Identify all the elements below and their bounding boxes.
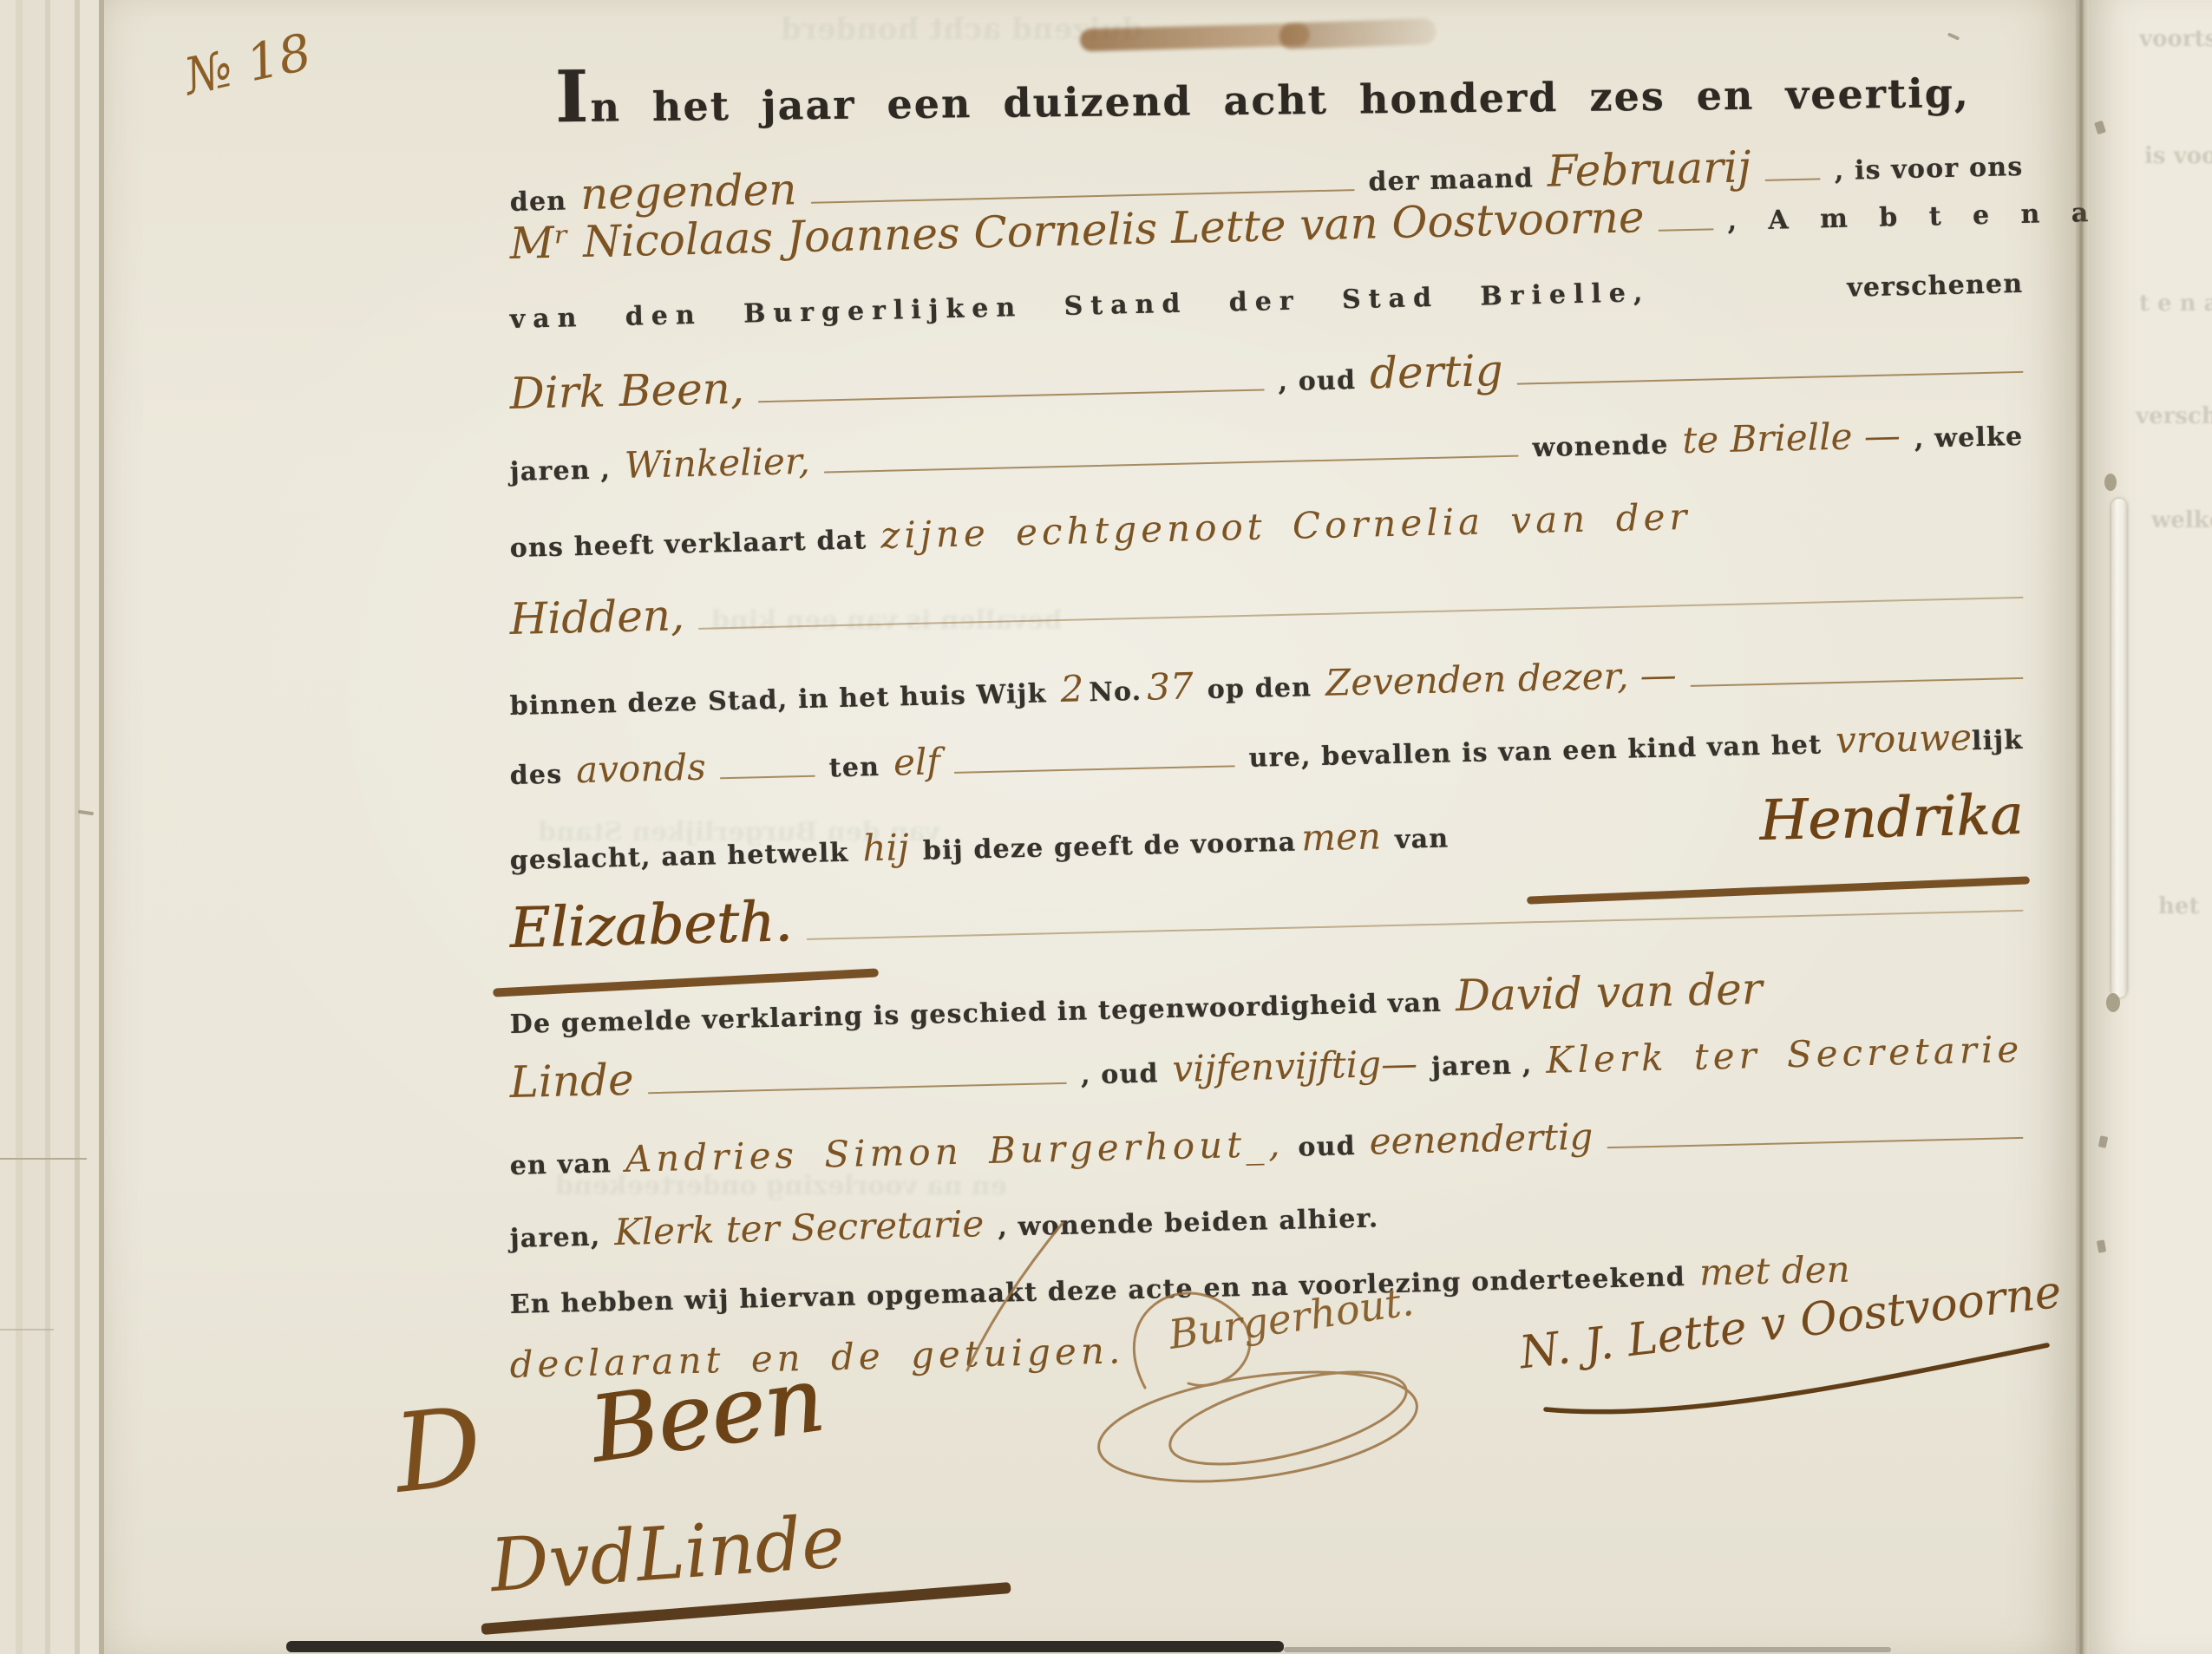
printed-text: jaren, <box>509 1223 600 1255</box>
handwritten-day: negenden <box>579 167 797 217</box>
form-line-witness1: Linde , oud vijfenvijftig— jaren , Klerk… <box>509 1024 2024 1106</box>
fill-rule <box>758 389 1265 403</box>
thread-knot <box>2106 993 2120 1012</box>
ink-speck <box>1947 32 1960 40</box>
printed-text: geslacht, aan hetwelk <box>509 839 849 877</box>
page-crease-line <box>0 1329 54 1330</box>
printed-text: der maand <box>1368 164 1534 198</box>
printed-text: , oud <box>1278 366 1356 398</box>
spacer <box>1463 839 1746 847</box>
printed-text: des <box>509 761 562 792</box>
handwritten-month: Februarij <box>1547 144 1751 194</box>
printed-text: bij deze geeft de voorna <box>923 828 1297 867</box>
fill-dash <box>1659 228 1714 232</box>
signature-witness2: Burgerhout. <box>1165 1278 1417 1358</box>
ink-smudge <box>1080 23 1311 52</box>
binding-thread <box>2111 499 2127 997</box>
printed-text: jaren , <box>1431 1050 1533 1082</box>
fill-rule <box>1691 677 2024 687</box>
form-line-civil-status: van den Burgerlijken Stand der Stad Brie… <box>509 270 2023 336</box>
ghost-text: het <box>2158 893 2199 919</box>
form-line-occupation: jaren , Winkelier, wonende te Brielle — … <box>509 414 2024 488</box>
fill-rule <box>648 1082 1067 1094</box>
handwritten-child-name-1: Hendrika <box>1758 787 2023 851</box>
handwritten-witness1-surname: Linde <box>509 1057 634 1106</box>
printed-text: binnen deze Stad, in het huis Wijk <box>509 679 1047 722</box>
signature-witness2-flourish: Burgerhout. <box>885 1210 1509 1496</box>
printed-text: van den Burgerlijken Stand der Stad Brie… <box>509 278 1650 335</box>
handwritten-gender: vrouwe <box>1836 718 1973 760</box>
heading: In het jaar een duizend acht honderd zes… <box>555 46 2083 133</box>
signature-declarant-initial: D <box>389 1383 488 1518</box>
fill-rule <box>824 455 1519 474</box>
handwritten-mother-name: zijne echtgenoot Cornelia van der <box>880 498 1692 555</box>
scanned-register-spread: duizend acht honderd bevallen is van een… <box>0 0 2212 1654</box>
printed-text: verschenen <box>1847 270 2024 304</box>
ghost-text: is voor ons <box>2144 143 2212 169</box>
printed-text: van <box>1395 824 1450 855</box>
pen-swash <box>967 1223 1063 1370</box>
ghost-text: verschenen <box>2136 403 2212 429</box>
printed-text: jaren , <box>509 455 611 487</box>
fill-dash <box>720 775 815 780</box>
thread-stitch-mark <box>2097 1239 2106 1252</box>
pen-underline <box>1546 1345 2047 1412</box>
fill-rule <box>954 765 1235 774</box>
scan-edge-shadow <box>1284 1647 1891 1652</box>
printed-text: den <box>509 186 566 218</box>
printed-text: op den <box>1207 673 1312 705</box>
handwritten-mother-surname: Hidden, <box>509 592 684 642</box>
handwritten-witness1-age: vijfenvijftig— <box>1172 1044 1418 1089</box>
handwritten-birth-day: Zevenden dezer, — <box>1325 656 1678 703</box>
form-line-birth-time: des avonds ten elf ure, bevallen is van … <box>509 717 2024 792</box>
handwritten-closing-1: met den <box>1698 1251 1850 1292</box>
form-line-address: binnen deze Stad, in het huis Wijk 2 No.… <box>509 648 2024 722</box>
act-number: № 18 <box>180 22 317 106</box>
handwritten-suffix: men <box>1301 817 1382 857</box>
handwritten-time-of-day: avonds <box>576 749 707 790</box>
page-crease-line <box>0 1158 87 1160</box>
fill-rule <box>698 597 2023 630</box>
printed-text: en van <box>509 1149 612 1181</box>
form-line-witness2: en van Andries Simon Burgerhout_, oud ee… <box>509 1108 2024 1182</box>
printed-text: No. <box>1089 677 1142 709</box>
handwritten-witness1-occupation: Klerk ter Secretarie <box>1546 1030 2024 1080</box>
page-stack-edge-left <box>0 0 104 1654</box>
form-line-second-name: Elizabeth. <box>509 865 2024 958</box>
form-line-first-name: geslacht, aan hetwelk hij bij deze geeft… <box>509 787 2024 880</box>
printed-text: ons heeft verklaart dat <box>509 526 867 564</box>
thread-knot <box>2104 474 2117 491</box>
fill-rule <box>807 910 2024 940</box>
form-line-declarant: Dirk Been, , oud dertig <box>509 336 2024 417</box>
handwritten-witness2-name: Andries Simon Burgerhout_, <box>625 1125 1285 1179</box>
thread-stitch-mark <box>2094 121 2106 134</box>
spacer <box>1665 296 1834 301</box>
form-line-mother: ons heeft verklaart dat zijne echtgenoot… <box>509 490 2024 565</box>
register-page-left: duizend acht honderd bevallen is van een… <box>104 0 2078 1654</box>
handwritten-witness1-name: David van der <box>1455 966 1763 1019</box>
signature-registrar-underline <box>1535 1340 2056 1444</box>
ghost-text: t e n a a r <box>2139 291 2212 317</box>
handwritten-child-name-2: Elizabeth. <box>509 893 793 958</box>
ghost-text: voorts, <box>2139 26 2212 52</box>
printed-text: , is voor ons <box>1834 153 2023 187</box>
printed-text: oud <box>1298 1132 1356 1163</box>
ghost-text: welke <box>2151 507 2212 533</box>
handwritten-hour: elf <box>893 742 941 781</box>
handwritten-house-number: 37 <box>1147 667 1194 706</box>
handwritten-district: 2 <box>1060 670 1084 709</box>
handwritten-residence: te Brielle — <box>1682 416 1901 460</box>
handwritten-occupation: Winkelier, <box>624 442 810 485</box>
handwritten-witness2-age: eenendertig <box>1369 1118 1594 1161</box>
signature-witness1: DvdLinde <box>488 1499 847 1608</box>
form-line-mother-surname: Hidden, <box>509 561 2024 643</box>
printed-text: ten <box>828 753 880 784</box>
binding-gutter <box>2075 0 2089 1654</box>
handwritten-age: dertig <box>1369 348 1503 396</box>
fill-rule <box>1607 1137 2024 1148</box>
printed-text: lijk <box>1972 726 2024 757</box>
ink-smudge <box>1279 18 1436 49</box>
fill-rule <box>1517 371 2024 385</box>
printed-text: , oud <box>1081 1059 1159 1091</box>
printed-text: , welke <box>1914 422 2023 454</box>
printed-text: wonende <box>1532 431 1669 464</box>
printed-text: ure, bevallen is van een kind van het <box>1248 730 1822 774</box>
scan-edge-shadow <box>286 1641 1284 1652</box>
handwritten-declarant-name: Dirk Been, <box>509 366 744 417</box>
handwritten-pronoun: hij <box>862 828 910 867</box>
register-page-right: voorts, is voor ons t e n a a r verschen… <box>2089 0 2212 1654</box>
thread-stitch-mark <box>2098 1135 2109 1148</box>
printed-text: De gemelde verklaring is geschied in teg… <box>509 989 1442 1041</box>
fill-dash <box>1765 178 1821 181</box>
